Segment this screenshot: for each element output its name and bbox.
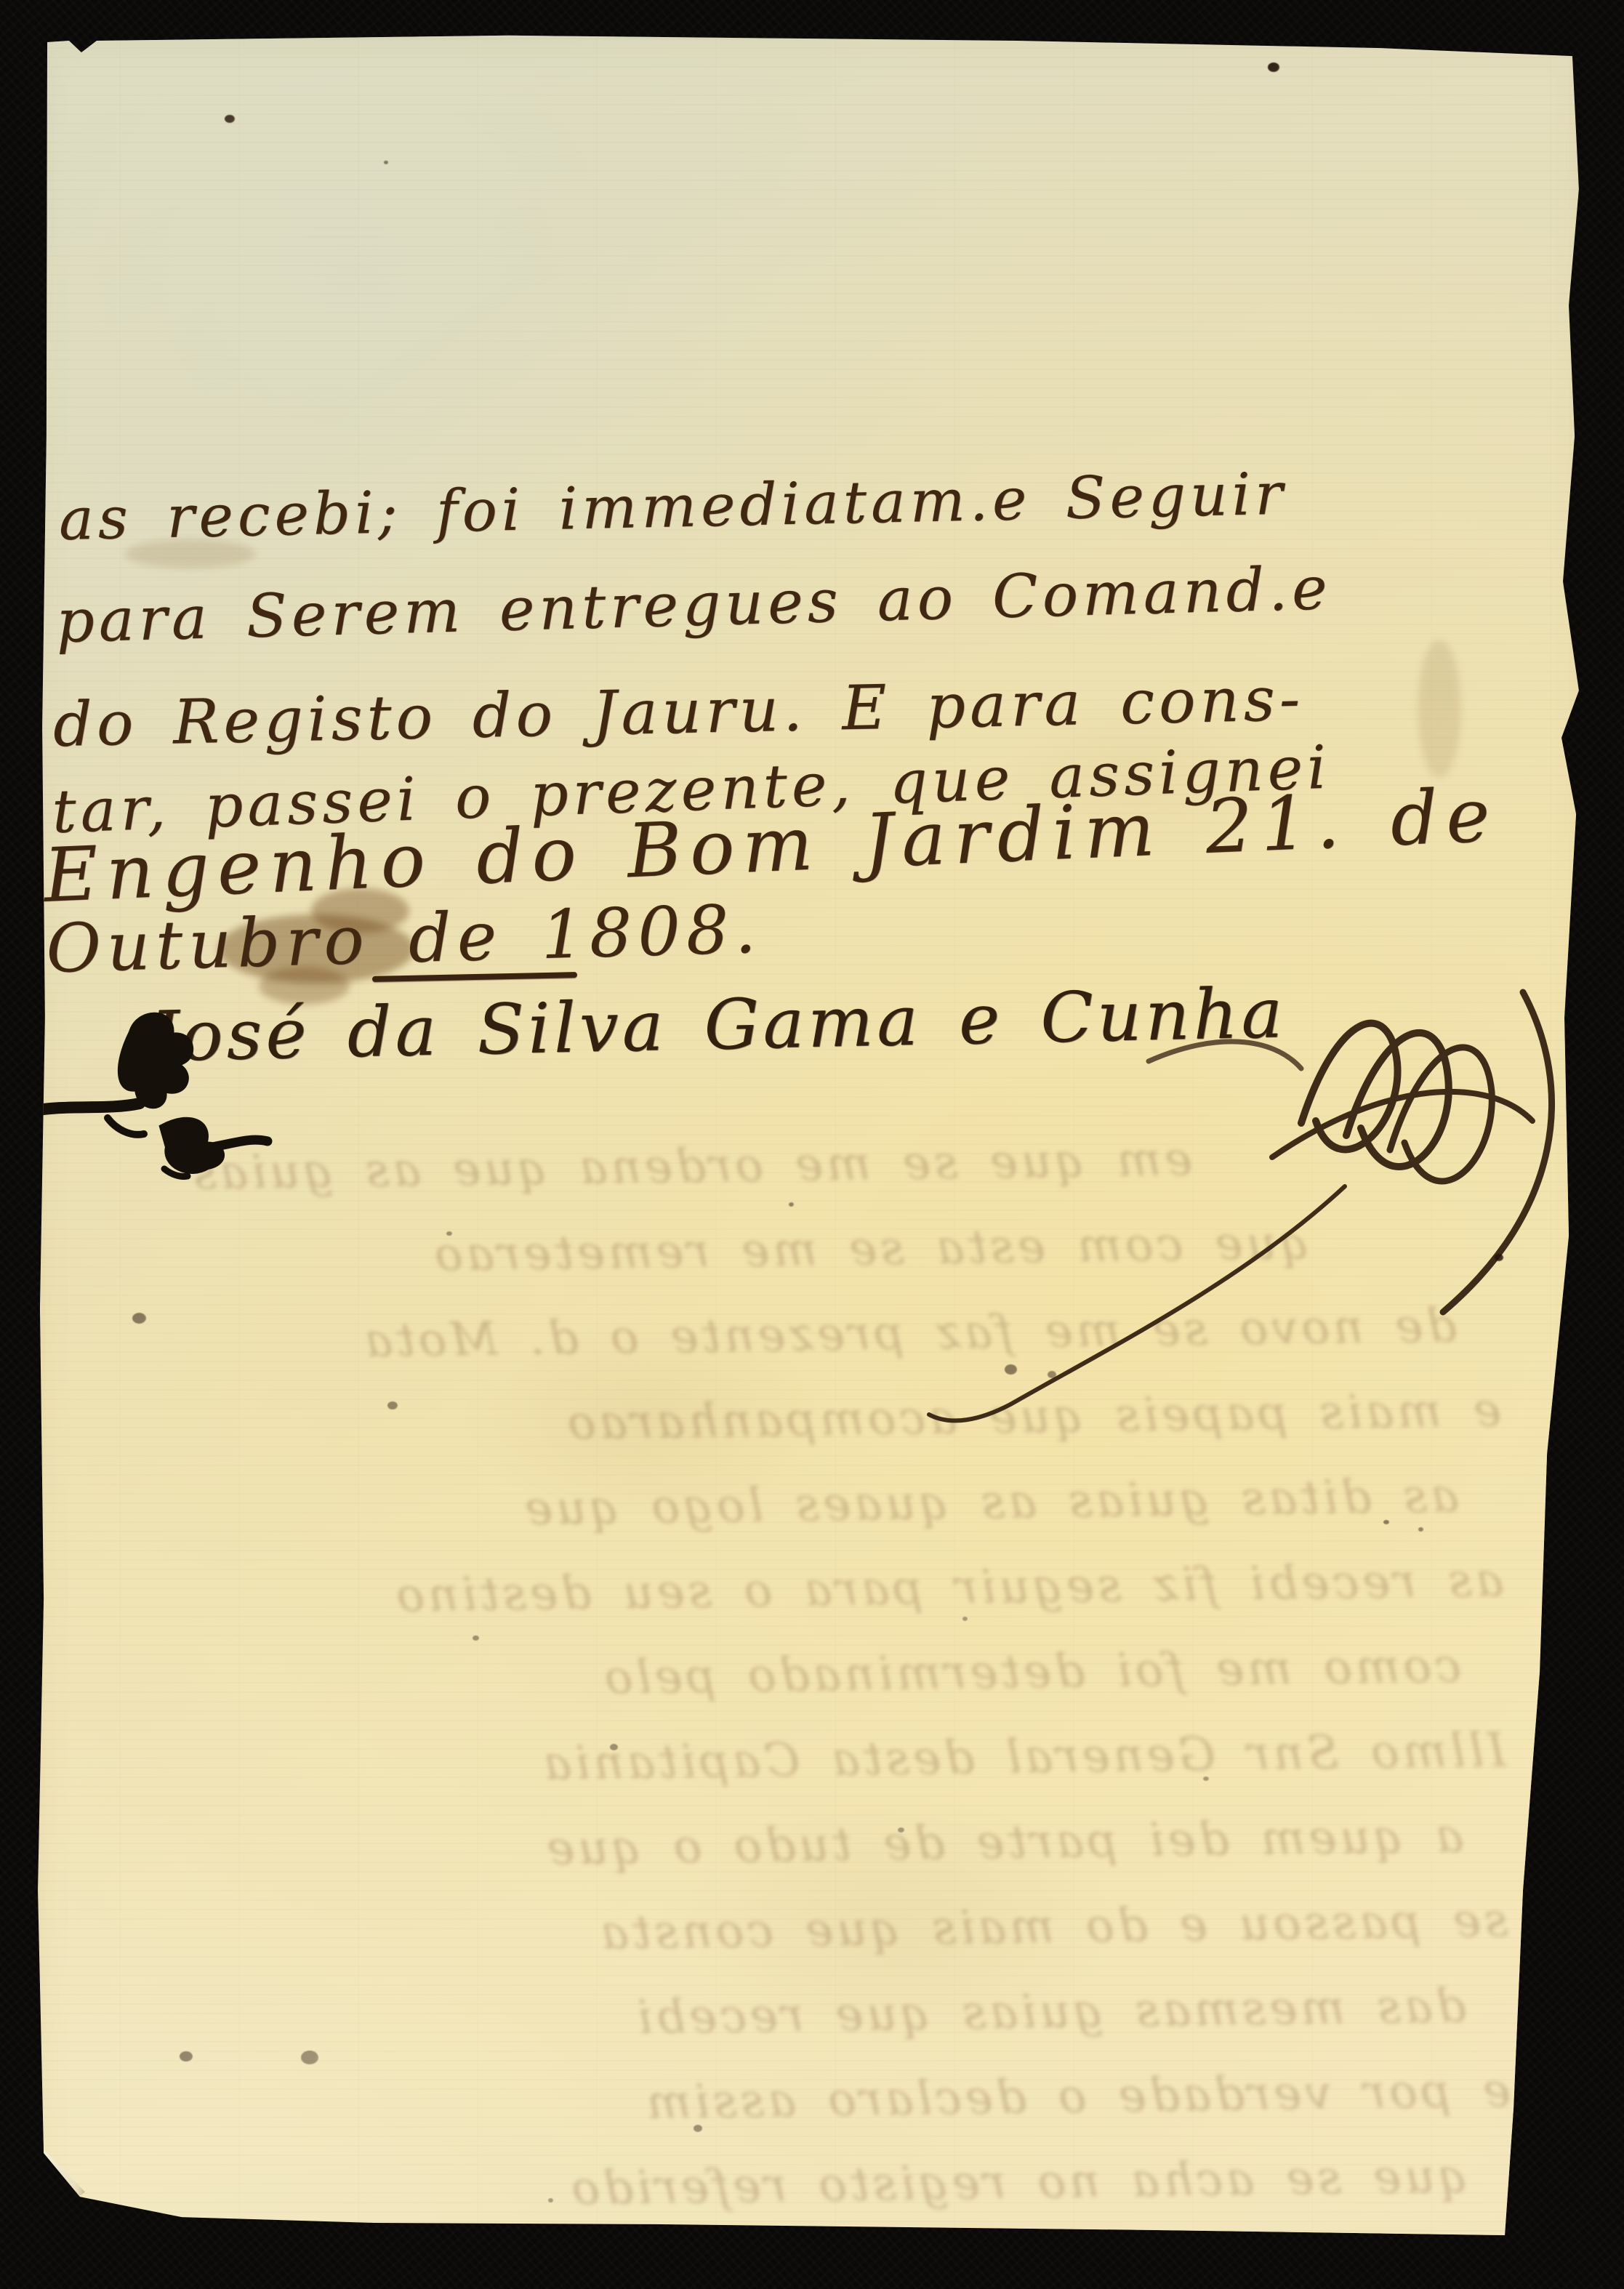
bleed-through-line: como me foi determinado pelo <box>61 1623 1505 1729</box>
ink-speck <box>898 1827 904 1833</box>
bleed-through-line: as ditas guias as quaes logo que <box>59 1453 1503 1558</box>
ink-speck <box>384 161 388 164</box>
bleed-through-line: das mesmas guias que recebi <box>66 1963 1510 2069</box>
ink-speck <box>610 1744 618 1750</box>
bleed-through-line: e por verdade o declaro assim <box>67 2048 1511 2154</box>
ink-speck <box>225 115 235 123</box>
bleed-through-line: Illmo Snr General desta Capitania <box>63 1708 1506 1814</box>
ink-speck <box>132 1313 146 1324</box>
ink-speck <box>473 1636 479 1641</box>
ink-speck <box>627 29 635 36</box>
paper-sheet: em que se me ordena que as guiasque com … <box>0 0 1624 2289</box>
ink-speck <box>1383 1520 1389 1524</box>
signature-flourish <box>836 967 1563 1447</box>
ink-speck <box>1048 1371 1056 1378</box>
bleed-through-line: as recebi fiz seguir para o seu destino <box>60 1538 1504 1644</box>
stain-patch <box>1418 640 1461 778</box>
ink-speck <box>387 1401 398 1409</box>
ink-speck <box>962 1617 968 1621</box>
manuscript-line-1: as recebi; foi immediatam.e Seguir <box>58 460 1287 553</box>
ink-speck <box>548 2198 553 2202</box>
ink-speck <box>1418 1527 1423 1532</box>
ink-speck <box>1495 1254 1503 1261</box>
bleed-through-line: a quem dei parte de tudo o que <box>64 1793 1508 1899</box>
ink-speck <box>180 2051 193 2061</box>
bleed-through-line: se passou e do mais que consta <box>65 1878 1508 1984</box>
dog-ear-fold <box>40 2147 85 2217</box>
ink-speck <box>1005 1364 1017 1375</box>
ink-speck <box>446 1231 452 1236</box>
ink-blot <box>22 1002 276 1183</box>
ink-speck <box>789 1202 794 1207</box>
manuscript-line-2: para Serem entregues ao Comand.e <box>55 554 1332 656</box>
manuscript-scan: em que se me ordena que as guiasque com … <box>0 0 1624 2289</box>
bleed-through-line: que se acha no registo referido <box>68 2133 1512 2238</box>
ink-speck <box>1268 63 1279 72</box>
ink-speck <box>1203 1777 1209 1781</box>
ink-speck <box>301 2051 318 2064</box>
ink-speck <box>694 2125 702 2132</box>
